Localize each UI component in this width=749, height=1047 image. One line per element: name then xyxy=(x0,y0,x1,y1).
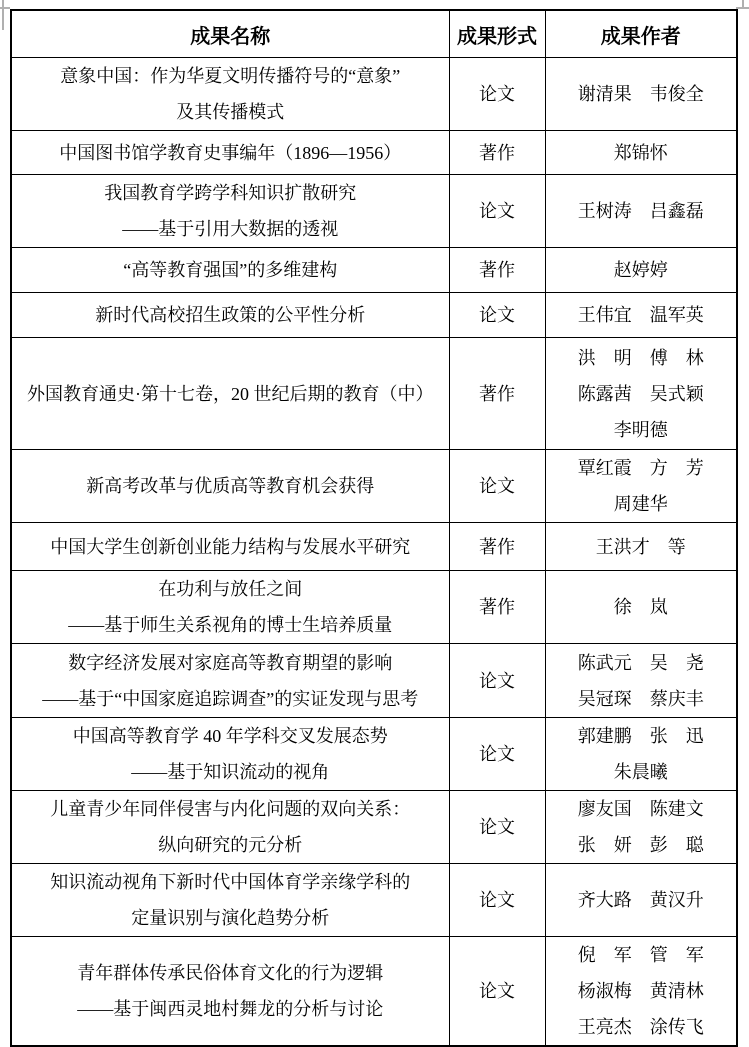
achievement-name: 在功利与放任之间 ——基于师生关系视角的博士生培养质量 xyxy=(11,571,449,644)
achievement-name: 新时代高校招生政策的公平性分析 xyxy=(11,293,449,338)
achievement-form: 论文 xyxy=(449,864,545,937)
achievements-table: 成果名称 成果形式 成果作者 意象中国：作为华夏文明传播符号的“意象” 及其传播… xyxy=(10,9,738,1047)
achievement-authors: 倪 军 管 军 杨淑梅 黄清林 王亮杰 涂传飞 xyxy=(545,937,737,1047)
achievement-form: 著作 xyxy=(449,248,545,293)
achievement-form: 著作 xyxy=(449,131,545,175)
table-row: 我国教育学跨学科知识扩散研究 ——基于引用大数据的透视 论文 王树涛 吕鑫磊 xyxy=(11,175,737,248)
achievement-form: 论文 xyxy=(449,293,545,338)
achievement-form: 论文 xyxy=(449,450,545,523)
achievement-authors: 洪 明 傅 林 陈露茜 吴式颖 李明德 xyxy=(545,338,737,450)
achievement-authors: 赵婷婷 xyxy=(545,248,737,293)
column-header-authors: 成果作者 xyxy=(545,10,737,58)
achievement-name: 外国教育通史·第十七卷，20 世纪后期的教育（中） xyxy=(11,338,449,450)
achievement-name: 中国高等教育学 40 年学科交叉发展态势 ——基于知识流动的视角 xyxy=(11,718,449,791)
table-row: 中国大学生创新创业能力结构与发展水平研究 著作 王洪才 等 xyxy=(11,523,737,571)
achievement-authors: 王洪才 等 xyxy=(545,523,737,571)
achievement-name: 青年群体传承民俗体育文化的行为逻辑 ——基于闽西灵地村舞龙的分析与讨论 xyxy=(11,937,449,1047)
table-row: 中国图书馆学教育史事编年（1896—1956） 著作 郑锦怀 xyxy=(11,131,737,175)
achievement-authors: 谢清果 韦俊全 xyxy=(545,58,737,131)
table-row: 在功利与放任之间 ——基于师生关系视角的博士生培养质量 著作 徐 岚 xyxy=(11,571,737,644)
achievement-form: 论文 xyxy=(449,937,545,1047)
achievement-name: 中国图书馆学教育史事编年（1896—1956） xyxy=(11,131,449,175)
stray-gridline-top-left xyxy=(0,7,10,9)
achievement-authors: 覃红霞 方 芳 周建华 xyxy=(545,450,737,523)
achievement-form: 著作 xyxy=(449,523,545,571)
table-row: 外国教育通史·第十七卷，20 世纪后期的教育（中） 著作 洪 明 傅 林 陈露茜… xyxy=(11,338,737,450)
table-row: 意象中国：作为华夏文明传播符号的“意象” 及其传播模式 论文 谢清果 韦俊全 xyxy=(11,58,737,131)
achievement-name: 儿童青少年同伴侵害与内化问题的双向关系： 纵向研究的元分析 xyxy=(11,791,449,864)
achievement-name: 新高考改革与优质高等教育机会获得 xyxy=(11,450,449,523)
table-row: 新时代高校招生政策的公平性分析 论文 王伟宜 温军英 xyxy=(11,293,737,338)
table-row: 新高考改革与优质高等教育机会获得 论文 覃红霞 方 芳 周建华 xyxy=(11,450,737,523)
stray-gridline-right-vertical xyxy=(742,0,744,8)
achievement-name: 知识流动视角下新时代中国体育学亲缘学科的 定量识别与演化趋势分析 xyxy=(11,864,449,937)
table-row: “高等教育强国”的多维建构 著作 赵婷婷 xyxy=(11,248,737,293)
achievement-authors: 郑锦怀 xyxy=(545,131,737,175)
table-header-row: 成果名称 成果形式 成果作者 xyxy=(11,10,737,58)
achievement-authors: 齐大路 黄汉升 xyxy=(545,864,737,937)
achievement-name: 数字经济发展对家庭高等教育期望的影响 ——基于“中国家庭追踪调查”的实证发现与思… xyxy=(11,644,449,718)
column-header-name: 成果名称 xyxy=(11,10,449,58)
achievement-authors: 廖友国 陈建文 张 妍 彭 聪 xyxy=(545,791,737,864)
table-row: 数字经济发展对家庭高等教育期望的影响 ——基于“中国家庭追踪调查”的实证发现与思… xyxy=(11,644,737,718)
achievement-form: 著作 xyxy=(449,571,545,644)
table-row: 儿童青少年同伴侵害与内化问题的双向关系： 纵向研究的元分析 论文 廖友国 陈建文… xyxy=(11,791,737,864)
achievement-form: 论文 xyxy=(449,644,545,718)
achievement-name: 中国大学生创新创业能力结构与发展水平研究 xyxy=(11,523,449,571)
table-row: 青年群体传承民俗体育文化的行为逻辑 ——基于闽西灵地村舞龙的分析与讨论 论文 倪… xyxy=(11,937,737,1047)
achievement-authors: 王树涛 吕鑫磊 xyxy=(545,175,737,248)
table-row: 知识流动视角下新时代中国体育学亲缘学科的 定量识别与演化趋势分析 论文 齐大路 … xyxy=(11,864,737,937)
achievement-name: 意象中国：作为华夏文明传播符号的“意象” 及其传播模式 xyxy=(11,58,449,131)
column-header-form: 成果形式 xyxy=(449,10,545,58)
achievement-authors: 郭建鹏 张 迅 朱晨曦 xyxy=(545,718,737,791)
table-row: 中国高等教育学 40 年学科交叉发展态势 ——基于知识流动的视角 论文 郭建鹏 … xyxy=(11,718,737,791)
achievement-form: 论文 xyxy=(449,175,545,248)
achievement-form: 论文 xyxy=(449,718,545,791)
achievement-authors: 王伟宜 温军英 xyxy=(545,293,737,338)
achievement-authors: 陈武元 吴 尧 吴冠琛 蔡庆丰 xyxy=(545,644,737,718)
achievement-name: “高等教育强国”的多维建构 xyxy=(11,248,449,293)
stray-gridline-left-vertical xyxy=(2,0,4,30)
achievement-authors: 徐 岚 xyxy=(545,571,737,644)
achievement-form: 论文 xyxy=(449,791,545,864)
achievement-form: 著作 xyxy=(449,338,545,450)
achievement-name: 我国教育学跨学科知识扩散研究 ——基于引用大数据的透视 xyxy=(11,175,449,248)
achievement-form: 论文 xyxy=(449,58,545,131)
